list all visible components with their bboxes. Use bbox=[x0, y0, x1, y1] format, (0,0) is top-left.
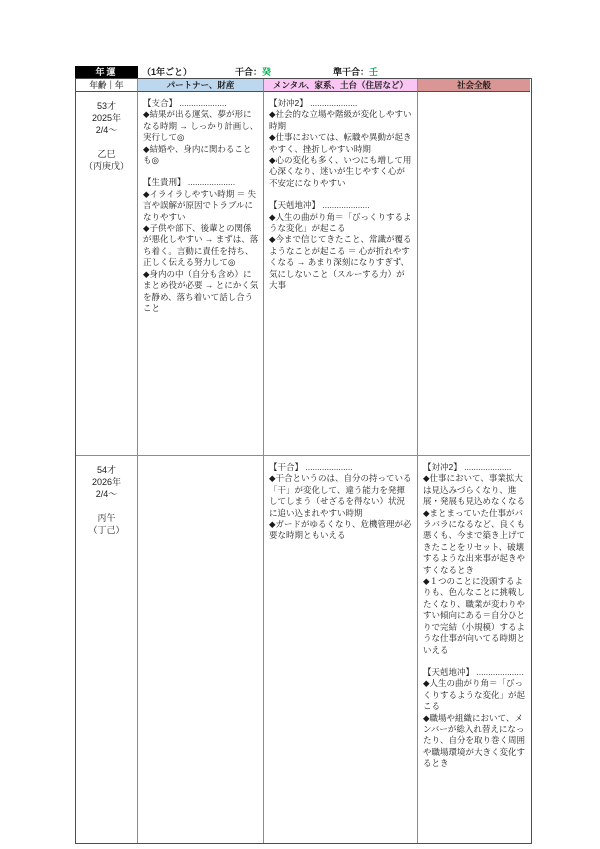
column-header-society: 社会全般 bbox=[418, 79, 530, 92]
kango-label: 干合： bbox=[235, 67, 262, 77]
table-title: 年運 bbox=[75, 66, 138, 78]
bullet-item: ◆心の変化も多く、いつにも増して用心深くなり、迷いが生じやすく心が不安定になりや… bbox=[269, 155, 413, 189]
cell-mental-2025: 【対冲2】 ....................◆社会的な立場や階級が変化し… bbox=[264, 92, 418, 456]
cell-society-2026: 【対冲2】 ....................◆仕事において、事業拡大は見… bbox=[418, 456, 530, 843]
bullet-item: ◆１つのことに没頭するよりも、色んなことに挑戦したくなり、職業が変わりやすい傾向… bbox=[423, 576, 526, 656]
bullet-item: ◆職場や組織において、メンバーが総入れ替えになったり、自分を取り巻く周囲や職場環… bbox=[423, 713, 526, 770]
text-section: 【支合】 ....................◆結果が出る運気、夢が形になる… bbox=[143, 98, 259, 166]
kango-value: 癸 bbox=[262, 67, 271, 77]
age-label: 53才 bbox=[76, 100, 137, 112]
bullet-item: ◆仕事においては、転職や異動が起きやすく、挫折しやすい時期 bbox=[269, 132, 413, 155]
section-heading: 【対冲2】 .................... bbox=[269, 98, 413, 109]
kanshi-label: 乙巳 bbox=[76, 148, 137, 160]
section-heading: 【干合】 .................... bbox=[269, 462, 413, 473]
jun-kango-label: 準干合： bbox=[333, 67, 369, 77]
kango-field: 干合：癸 bbox=[235, 66, 271, 78]
table-header-bar: 年運 （1年ごと） 干合：癸 準干合：壬 bbox=[75, 66, 530, 78]
hidden-stems-label: （丁己） bbox=[76, 524, 137, 536]
cell-society-2025 bbox=[418, 92, 530, 456]
jun-kango-field: 準干合：壬 bbox=[333, 66, 378, 78]
bullet-item: ◆まとまっていた仕事がバラバラになるなど、良くも悪くも、今まで築き上げてきたこと… bbox=[423, 508, 526, 576]
cell-partner-2025: 【支合】 ....................◆結果が出る運気、夢が形になる… bbox=[138, 92, 264, 456]
spacer bbox=[76, 500, 137, 512]
start-date-label: 2/4～ bbox=[76, 488, 137, 500]
bullet-item: ◆イライラしやすい時期 ＝ 失言や誤解が原因でトラブルになりやすい bbox=[143, 189, 259, 223]
section-heading: 【天剋地冲】 .................... bbox=[423, 667, 526, 678]
kanshi-label: 丙午 bbox=[76, 512, 137, 524]
bullet-item: ◆ガードがゆるくなり、危機管理が必要な時期ともいえる bbox=[269, 519, 413, 542]
section-heading: 【対冲2】 .................... bbox=[423, 462, 526, 473]
bullet-item: ◆子供や部下、後輩との関係が悪化しやすい → まずは、落ち着く。言動に責任を持ち… bbox=[143, 223, 259, 269]
bullet-item: ◆社会的な立場や階級が変化しやすい時期 bbox=[269, 109, 413, 132]
year-label: 2025年 bbox=[76, 112, 137, 124]
bullet-item: ◆結果が出る運気、夢が形になる時期 → しっかり計画し、実行して◎ bbox=[143, 109, 259, 143]
column-header-mental: メンタル、家系、土台（住居など） bbox=[264, 79, 418, 92]
document-page: 年運 （1年ごと） 干合：癸 準干合：壬 年齢｜年 パートナー、財産 メンタル、… bbox=[0, 0, 600, 849]
bullet-item: ◆結婚や、身内に関わることも◎ bbox=[143, 144, 259, 167]
text-section: 【干合】 ....................◆干合というのは、自分の持って… bbox=[269, 462, 413, 542]
section-heading: 【天剋地冲】 .................... bbox=[269, 200, 413, 211]
period-note: （1年ごと） bbox=[142, 66, 192, 78]
bullet-item: ◆仕事において、事業拡大は見込みづらくなり、進展・発展も見込めなくなる bbox=[423, 473, 526, 507]
year-label: 2026年 bbox=[76, 476, 137, 488]
text-section: 【対冲2】 ....................◆社会的な立場や階級が変化し… bbox=[269, 98, 413, 189]
bullet-item: ◆身内の中（自分も含め）にまとめ役が必要 → とにかく気を静め、落ち着いて話し合… bbox=[143, 269, 259, 315]
age-label: 54才 bbox=[76, 464, 137, 476]
text-section: 【天剋地冲】 ....................◆人生の曲がり角＝「びっく… bbox=[269, 200, 413, 291]
bullet-item: ◆干合というのは、自分の持っている「干」が変化して、違う能力を発揮してしまう（せ… bbox=[269, 473, 413, 519]
cell-partner-2026 bbox=[138, 456, 264, 843]
column-header-partner: パートナー、財産 bbox=[138, 79, 264, 92]
fortune-table: 年齢｜年 パートナー、財産 メンタル、家系、土台（住居など） 社会全般 53才 … bbox=[75, 78, 532, 844]
section-heading: 【生貴刑】 .................... bbox=[143, 177, 259, 188]
bullet-item: ◆今まで信じてきたこと、常識が覆るようなことが起こる ＝ 心が折れやすくなる →… bbox=[269, 234, 413, 291]
hidden-stems-label: （丙庚戊） bbox=[76, 160, 137, 172]
start-date-label: 2/4～ bbox=[76, 124, 137, 136]
column-header-age-year: 年齢｜年 bbox=[76, 79, 138, 92]
text-section: 【天剋地冲】 ....................◆人生の曲がり角＝「びっく… bbox=[423, 667, 526, 770]
text-section: 【生貴刑】 ....................◆イライラしやすい時期 ＝ … bbox=[143, 177, 259, 314]
bullet-item: ◆人生の曲がり角＝「びっくりするような変化」が起こる bbox=[423, 678, 526, 712]
row-label-2026: 54才 2026年 2/4～ 丙午 （丁己） bbox=[76, 456, 138, 843]
cell-mental-2026: 【干合】 ....................◆干合というのは、自分の持って… bbox=[264, 456, 418, 843]
jun-kango-value: 壬 bbox=[369, 67, 378, 77]
spacer bbox=[76, 136, 137, 148]
section-heading: 【支合】 .................... bbox=[143, 98, 259, 109]
text-section: 【対冲2】 ....................◆仕事において、事業拡大は見… bbox=[423, 462, 526, 656]
row-label-2025: 53才 2025年 2/4～ 乙巳 （丙庚戊） bbox=[76, 92, 138, 456]
bullet-item: ◆人生の曲がり角＝「びっくりするような変化」が起こる bbox=[269, 212, 413, 235]
